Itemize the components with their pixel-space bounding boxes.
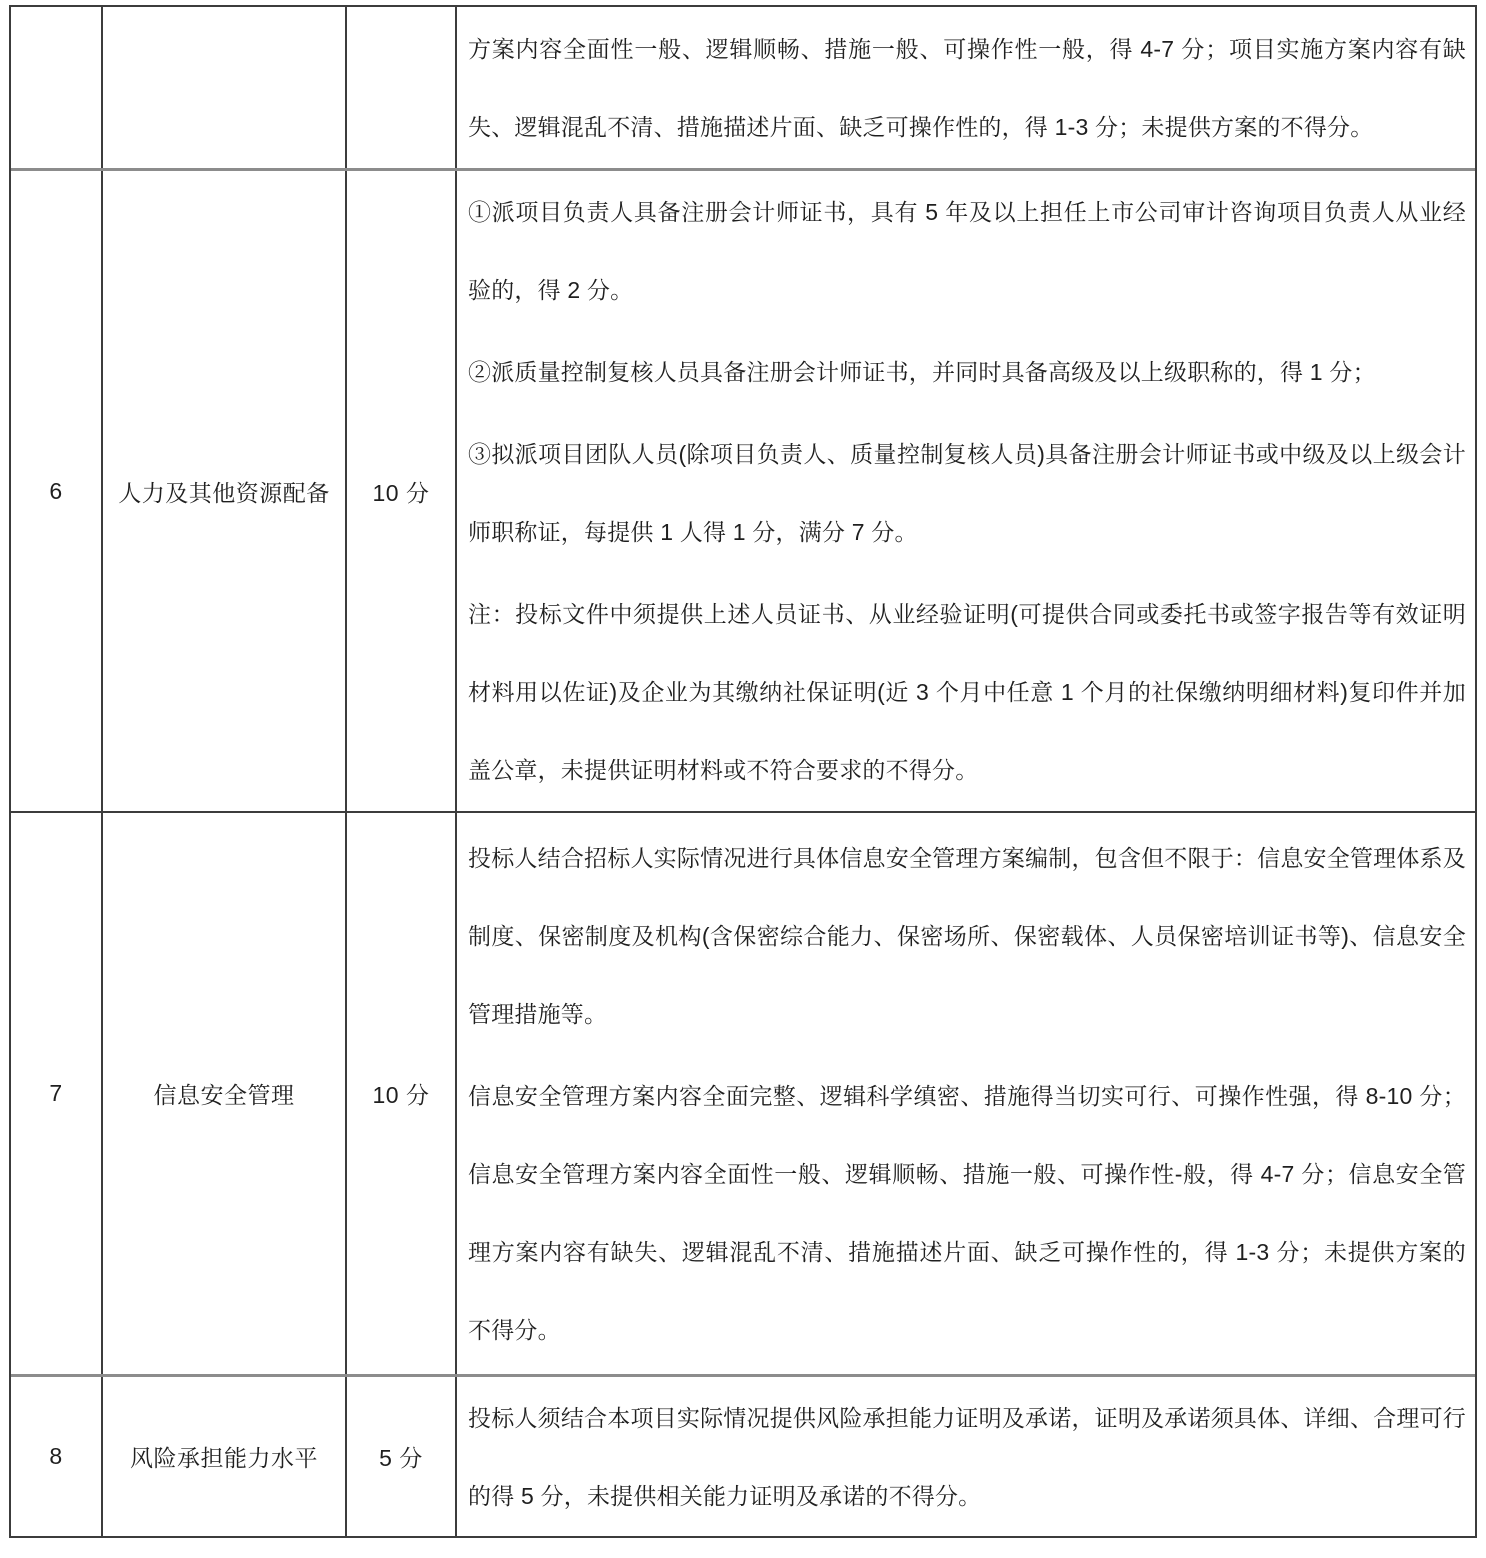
table-row-8: 8 风险承担能力水平 5 分 投标人须结合本项目实际情况提供风险承担能力证明及承… [11, 1374, 1475, 1536]
criteria-paragraph: 投标人须结合本项目实际情况提供风险承担能力证明及承诺，证明及承诺须具体、详细、合… [468, 1379, 1466, 1535]
score-cell: 10 分 [345, 171, 455, 811]
score-value: 10 分 [373, 1077, 430, 1110]
category-cell: 信息安全管理 [101, 813, 345, 1374]
score-cell [345, 7, 455, 168]
criteria-paragraph: 投标人结合招标人实际情况进行具体信息安全管理方案编制，包含但不限于：信息安全管理… [468, 819, 1466, 1053]
criteria-paragraph: 信息安全管理方案内容全面完整、逻辑科学缜密、措施得当切实可行、可操作性强，得 8… [468, 1057, 1466, 1369]
row-number: 7 [49, 1080, 62, 1107]
criteria-cell: 投标人结合招标人实际情况进行具体信息安全管理方案编制，包含但不限于：信息安全管理… [455, 813, 1475, 1374]
table-row-7: 7 信息安全管理 10 分 投标人结合招标人实际情况进行具体信息安全管理方案编制… [11, 811, 1475, 1374]
criteria-paragraph: ③拟派项目团队人员(除项目负责人、质量控制复核人员)具备注册会计师证书或中级及以… [468, 415, 1466, 571]
category-cell: 人力及其他资源配备 [101, 171, 345, 811]
category-label: 风险承担能力水平 [130, 1440, 318, 1473]
category-cell: 风险承担能力水平 [101, 1377, 345, 1536]
criteria-paragraph: 注：投标文件中须提供上述人员证书、从业经验证明(可提供合同或委托书或签字报告等有… [468, 575, 1466, 809]
score-value: 10 分 [373, 475, 430, 508]
category-cell [101, 7, 345, 168]
score-value: 5 分 [379, 1440, 423, 1473]
row-number: 6 [49, 478, 62, 505]
table-row-6: 6 人力及其他资源配备 10 分 ①派项目负责人具备注册会计师证书，具有 5 年… [11, 168, 1475, 811]
row-number-cell: 8 [11, 1377, 101, 1536]
document-page: 方案内容全面性一般、逻辑顺畅、措施一般、可操作性一般，得 4-7 分；项目实施方… [0, 0, 1486, 1558]
score-cell: 5 分 [345, 1377, 455, 1536]
criteria-cell: 投标人须结合本项目实际情况提供风险承担能力证明及承诺，证明及承诺须具体、详细、合… [455, 1377, 1475, 1536]
category-label: 信息安全管理 [154, 1077, 295, 1110]
row-number-cell [11, 7, 101, 168]
row-number-cell: 7 [11, 813, 101, 1374]
criteria-cell: 方案内容全面性一般、逻辑顺畅、措施一般、可操作性一般，得 4-7 分；项目实施方… [455, 7, 1475, 168]
criteria-cell: ①派项目负责人具备注册会计师证书，具有 5 年及以上担任上市公司审计咨询项目负责… [455, 171, 1475, 811]
row-number: 8 [49, 1443, 62, 1470]
criteria-paragraph: 方案内容全面性一般、逻辑顺畅、措施一般、可操作性一般，得 4-7 分；项目实施方… [468, 10, 1466, 166]
row-number-cell: 6 [11, 171, 101, 811]
criteria-paragraph: ①派项目负责人具备注册会计师证书，具有 5 年及以上担任上市公司审计咨询项目负责… [468, 173, 1466, 329]
score-cell: 10 分 [345, 813, 455, 1374]
table-row-continuation: 方案内容全面性一般、逻辑顺畅、措施一般、可操作性一般，得 4-7 分；项目实施方… [11, 7, 1475, 168]
criteria-paragraph: ②派质量控制复核人员具备注册会计师证书，并同时具备高级及以上级职称的，得 1 分… [468, 333, 1466, 411]
evaluation-table: 方案内容全面性一般、逻辑顺畅、措施一般、可操作性一般，得 4-7 分；项目实施方… [9, 5, 1477, 1538]
category-label: 人力及其他资源配备 [118, 475, 330, 508]
